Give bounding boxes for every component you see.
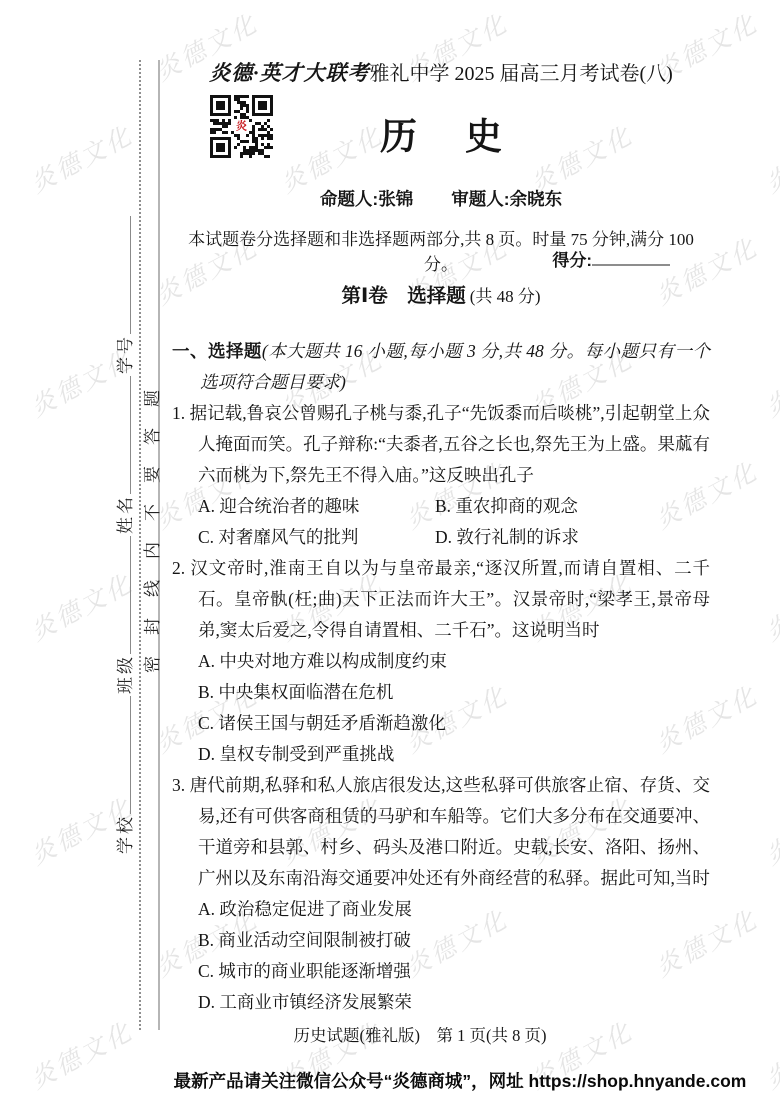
question-stem: 1. 据记载,鲁哀公曾赐孔子桃与黍,孔子“先饭黍而后啖桃”,引起朝堂上众人掩面而… — [172, 398, 710, 491]
watermark-text: 炎德文化 — [758, 564, 780, 648]
exam-authors: 命题人:张锦审题人:余晓东 — [170, 186, 712, 211]
question-stem: 3. 唐代前期,私驿和私人旅店很发达,这些私驿可供旅客止宿、存货、交易,还有可供… — [172, 770, 710, 894]
option-list: A. 迎合统治者的趣味B. 重农抑商的观念C. 对奢靡风气的批判D. 敦行礼制的… — [172, 491, 710, 553]
mcq-intro-note: (本大题共 16 小题,每小题 3 分,共 48 分。每小题只有一个选项符合题目… — [200, 341, 710, 392]
watermark-text: 炎德文化 — [23, 116, 139, 200]
option-item: D. 皇权专制受到严重挑战 — [198, 739, 710, 770]
setter-label: 命题人:张锦 — [320, 189, 413, 209]
score-label: 得分: — [552, 251, 592, 270]
question-stem: 2. 汉文帝时,淮南王自以为与皇帝最亲,“逐汉所置,而请自置相、二千石。皇帝骫(… — [172, 553, 710, 646]
option-item: C. 诸侯王国与朝廷矛盾渐趋激化 — [198, 708, 710, 739]
exam-page: 炎德文化炎德文化炎德文化炎德文化炎德文化炎德文化炎德文化炎德文化炎德文化炎德文化… — [0, 0, 780, 1104]
footer-page-info: 历史试题(雅礼版) 第 1 页(共 8 页) — [140, 1022, 700, 1046]
subject-title: 历史 — [170, 106, 712, 160]
score-row: 得分: — [552, 246, 670, 271]
section-title: 第Ⅰ卷 选择题 — [341, 285, 465, 307]
mcq-intro: 一、选择题(本大题共 16 小题,每小题 3 分,共 48 分。每小题只有一个选… — [172, 336, 710, 398]
score-blank — [592, 249, 670, 266]
question-area: 一、选择题(本大题共 16 小题,每小题 3 分,共 48 分。每小题只有一个选… — [172, 336, 710, 1018]
question-number: 3. — [172, 775, 190, 795]
brand-name: 炎德·英才大联考 — [209, 61, 369, 85]
question-number: 1. — [172, 403, 190, 423]
watermark-text: 炎德文化 — [758, 788, 780, 872]
question-list: 1. 据记载,鲁哀公曾赐孔子桃与黍,孔子“先饭黍而后啖桃”,引起朝堂上众人掩面而… — [172, 398, 710, 1018]
watermark-text: 炎德文化 — [758, 116, 780, 200]
option-item: D. 工商业市镇经济发展繁荣 — [198, 987, 710, 1018]
student-field-blank — [115, 216, 131, 334]
exam-header: 炎德·英才大联考雅礼中学 2025 届高三月考试卷(八) — [170, 57, 712, 87]
exam-title: 雅礼中学 2025 届高三月考试卷(八) — [369, 63, 672, 85]
watermark-text: 炎德文化 — [758, 340, 780, 424]
option-list: A. 中央对地方难以构成制度约束B. 中央集权面临潜在危机C. 诸侯王国与朝廷矛… — [172, 646, 710, 770]
student-field-label: 学校 — [116, 814, 135, 854]
option-list: A. 政治稳定促进了商业发展B. 商业活动空间限制被打破C. 城市的商业职能逐渐… — [172, 894, 710, 1018]
section-note: (共 48 分) — [470, 287, 541, 306]
option-item: A. 迎合统治者的趣味 — [198, 491, 435, 522]
student-field-blank — [115, 536, 131, 654]
student-field-blank — [115, 696, 131, 814]
option-item: B. 重农抑商的观念 — [435, 491, 710, 522]
option-item: B. 中央集权面临潜在危机 — [198, 677, 710, 708]
student-field-label: 姓名 — [116, 494, 135, 534]
mcq-intro-lead: 一、选择题 — [172, 341, 262, 361]
watermark-text: 炎德文化 — [758, 1012, 780, 1096]
option-item: C. 对奢靡风气的批判 — [198, 522, 435, 553]
student-field-label: 学号 — [116, 334, 135, 374]
reviewer-label: 审题人:余晓东 — [451, 189, 562, 209]
watermark-text: 炎德文化 — [23, 1012, 139, 1096]
option-item: B. 商业活动空间限制被打破 — [198, 925, 710, 956]
student-field-blank — [115, 376, 131, 494]
option-item: D. 敦行礼制的诉求 — [435, 522, 710, 553]
question-number: 2. — [172, 558, 190, 578]
footer-promo: 最新产品请关注微信公众号“炎德商城”，网址 https://shop.hnyan… — [160, 1068, 760, 1093]
option-item: C. 城市的商业职能逐渐增强 — [198, 956, 710, 987]
student-field-label: 班级 — [116, 654, 135, 694]
student-info-fields: 学校班级姓名学号 — [111, 222, 133, 854]
option-item: A. 政治稳定促进了商业发展 — [198, 894, 710, 925]
option-item: A. 中央对地方难以构成制度约束 — [198, 646, 710, 677]
section-heading: 第Ⅰ卷 选择题(共 48 分) — [170, 280, 712, 308]
seal-warning-text: 密封线内不要答题 — [138, 381, 160, 673]
